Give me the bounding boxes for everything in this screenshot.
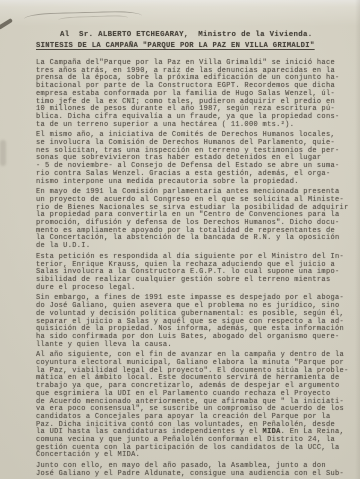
para-municipal-campaign: Al año siguiente, con el fin de avanzar … (36, 352, 358, 460)
salutation-line: Al Sr. ALBERTO ETCHEGARAY, Ministro de l… (36, 30, 358, 41)
para-campaign-origin: La Campaña del"Parque por la Paz en Vill… (36, 60, 358, 129)
para-interior-minister-response: Esta petición es respondida al día sigui… (36, 254, 358, 293)
document-content: Al Sr. ALBERTO ETCHEGARAY, Ministro de l… (36, 30, 358, 479)
para-human-rights-commission: El mismo año, a iniciativa de Comités de… (36, 132, 358, 186)
scan-artifact-left-smudge (0, 140, 6, 166)
para-municipal-campaign-text-before: Al año siguiente, con el fin de avanzar … (36, 351, 349, 436)
document-title: SINTESIS DE LA CAMPAÑA "PARQUE POR LA PA… (36, 41, 358, 52)
para-audience-request: Junto con ello, en mayo del año pasado, … (36, 463, 358, 478)
para-galiano-legal-opinion: Sin embargo, a fines de 1991 este impass… (36, 295, 358, 349)
scan-artifact-edge-mark (0, 18, 13, 29)
document-page: Al Sr. ALBERTO ETCHEGARAY, Ministro de l… (0, 0, 360, 479)
para-congress-agreement-project: En mayo de 1991 la Comisión parlamentari… (36, 189, 358, 251)
